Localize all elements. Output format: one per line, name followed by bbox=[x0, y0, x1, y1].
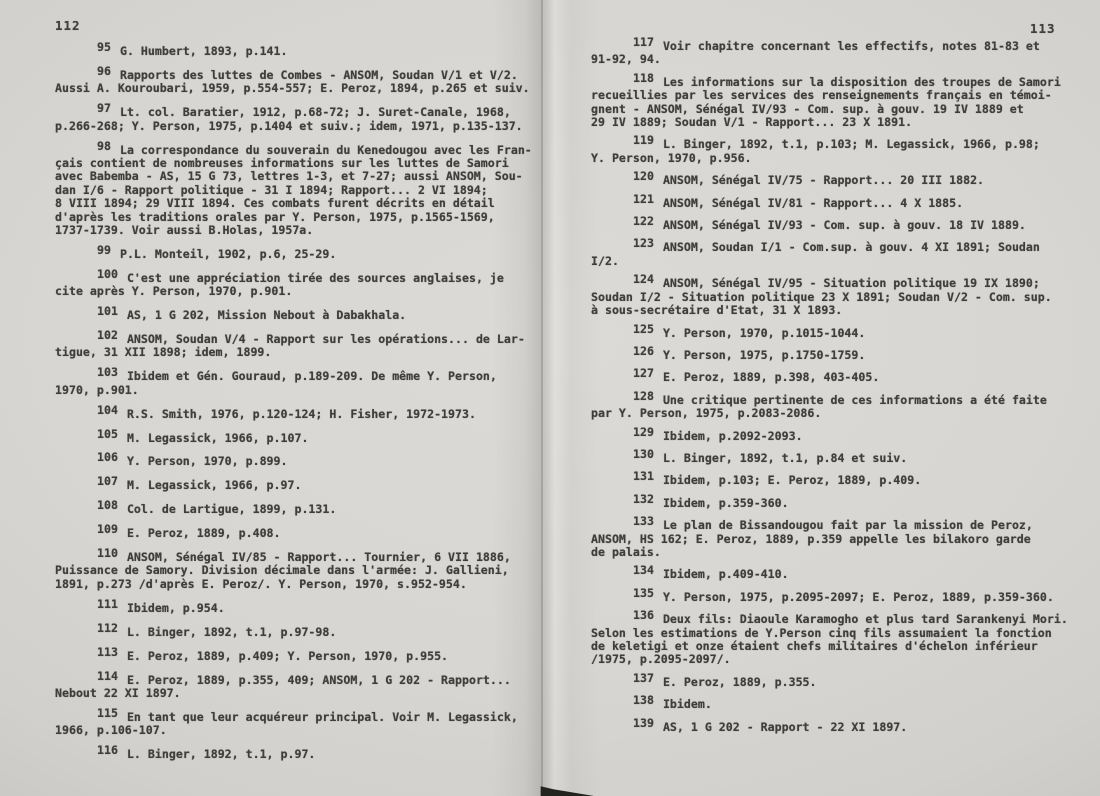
footnote-number: 118 bbox=[633, 71, 654, 85]
footnote-number: 139 bbox=[633, 716, 654, 730]
footnote-110: 110ANSOM, Sénégal IV/85 - Rapport... Tou… bbox=[55, 551, 537, 591]
footnote-number: 137 bbox=[633, 671, 654, 685]
footnote-number: 122 bbox=[633, 214, 654, 228]
footnote-text: Ibidem et Gén. Gouraud, p.189-209. De mê… bbox=[55, 369, 497, 396]
footnote-number: 130 bbox=[633, 447, 654, 461]
footnote-number: 106 bbox=[97, 450, 118, 464]
footnote-text: Lt. col. Baratier, 1912, p.68-72; J. Sur… bbox=[55, 105, 523, 132]
footnote-text: ANSOM, Sénégal IV/95 - Situation politiq… bbox=[591, 276, 1052, 317]
footnote-134: 134Ibidem, p.409-410. bbox=[591, 568, 1073, 581]
footnote-text: L. Binger, 1892, t.1, p.84 et suiv. bbox=[663, 451, 907, 465]
footnote-number: 115 bbox=[97, 706, 118, 720]
footnote-text: Y. Person, 1975, p.1750-1759. bbox=[663, 348, 865, 362]
book-spread: 112 95G. Humbert, 1893, p.141.96Rapports… bbox=[0, 0, 1100, 796]
footnote-text: L. Binger, 1892, t.1, p.97-98. bbox=[127, 625, 336, 639]
page-left: 112 95G. Humbert, 1893, p.141.96Rapports… bbox=[0, 0, 540, 796]
footnote-number: 104 bbox=[97, 403, 118, 417]
footnote-139: 139AS, 1 G 202 - Rapport - 22 XI 1897. bbox=[591, 721, 1073, 734]
footnote-118: 118Les informations sur la disposition d… bbox=[591, 76, 1073, 130]
footnote-text: Y. Person, 1970, p.899. bbox=[127, 454, 288, 468]
footnote-135: 135Y. Person, 1975, p.2095-2097; E. Pero… bbox=[591, 591, 1073, 604]
footnote-text: P.L. Monteil, 1902, p.6, 25-29. bbox=[120, 247, 336, 261]
footnote-number: 107 bbox=[97, 474, 118, 488]
footnote-text: E. Peroz, 1889, p.408. bbox=[127, 526, 281, 540]
page-right: 113 117Voir chapitre concernant les effe… bbox=[560, 0, 1100, 796]
footnote-text: L. Binger, 1892, t.1, p.97. bbox=[127, 747, 315, 761]
footnote-121: 121ANSOM, Sénégal IV/81 - Rapport... 4 X… bbox=[591, 197, 1073, 210]
footnote-text: Deux fils: Diaoule Karamogho et plus tar… bbox=[591, 612, 1068, 666]
footnote-95: 95G. Humbert, 1893, p.141. bbox=[55, 45, 537, 58]
footnote-116: 116L. Binger, 1892, t.1, p.97. bbox=[55, 748, 537, 761]
footnote-number: 100 bbox=[97, 267, 118, 281]
footnote-number: 123 bbox=[633, 236, 654, 250]
footnote-number: 138 bbox=[633, 693, 654, 707]
footnote-number: 135 bbox=[633, 586, 654, 600]
footnote-128: 128Une critique pertinente de ces inform… bbox=[591, 394, 1073, 421]
footnote-number: 110 bbox=[97, 546, 118, 560]
footnote-text: ANSOM, Sénégal IV/75 - Rapport... 20 III… bbox=[663, 173, 984, 187]
footnote-130: 130L. Binger, 1892, t.1, p.84 et suiv. bbox=[591, 452, 1073, 465]
footnote-number: 102 bbox=[97, 328, 118, 342]
footnote-number: 124 bbox=[633, 272, 654, 286]
footnote-99: 99P.L. Monteil, 1902, p.6, 25-29. bbox=[55, 248, 537, 261]
footnote-text: ANSOM, Soudan I/1 - Com.sup. à gouv. 4 X… bbox=[591, 240, 1040, 267]
footnote-text: Ibidem, p.2092-2093. bbox=[663, 429, 803, 443]
footnote-number: 126 bbox=[633, 344, 654, 358]
footnote-text: La correspondance du souverain du Kenedo… bbox=[55, 143, 532, 237]
footnote-text: Rapports des luttes de Combes - ANSOM, S… bbox=[55, 68, 530, 95]
footnote-text: Le plan de Bissandougou fait par la miss… bbox=[591, 518, 1033, 559]
footnote-97: 97Lt. col. Baratier, 1912, p.68-72; J. S… bbox=[55, 106, 537, 133]
footnote-number: 116 bbox=[97, 743, 118, 757]
footnote-120: 120ANSOM, Sénégal IV/75 - Rapport... 20 … bbox=[591, 174, 1073, 187]
footnote-127: 127E. Peroz, 1889, p.398, 403-405. bbox=[591, 371, 1073, 384]
footnote-104: 104R.S. Smith, 1976, p.120-124; H. Fishe… bbox=[55, 408, 537, 421]
footnote-text: Ibidem. bbox=[663, 697, 712, 711]
footnote-text: M. Legassick, 1966, p.97. bbox=[127, 478, 302, 492]
footnote-131: 131Ibidem, p.103; E. Peroz, 1889, p.409. bbox=[591, 474, 1073, 487]
footnote-text: C'est une appréciation tirée des sources… bbox=[55, 271, 504, 298]
footnote-number: 134 bbox=[633, 563, 654, 577]
footnote-text: Col. de Lartigue, 1899, p.131. bbox=[127, 502, 336, 516]
footnote-number: 119 bbox=[633, 133, 654, 147]
footnote-115: 115En tant que leur acquéreur principal.… bbox=[55, 711, 537, 738]
footnote-number: 136 bbox=[633, 608, 654, 622]
footnote-100: 100C'est une appréciation tirée des sour… bbox=[55, 272, 537, 299]
footnote-number: 132 bbox=[633, 492, 654, 506]
footnote-106: 106Y. Person, 1970, p.899. bbox=[55, 455, 537, 468]
footnote-text: AS, 1 G 202 - Rapport - 22 XI 1897. bbox=[663, 720, 907, 734]
footnote-number: 95 bbox=[97, 40, 111, 54]
footnotes-column-left: 95G. Humbert, 1893, p.141.96Rapports des… bbox=[55, 45, 537, 772]
footnote-text: Voir chapitre concernant les effectifs, … bbox=[591, 39, 1040, 66]
footnote-number: 112 bbox=[97, 621, 118, 635]
footnote-text: Ibidem, p.103; E. Peroz, 1889, p.409. bbox=[663, 473, 921, 487]
footnote-101: 101AS, 1 G 202, Mission Nebout à Dabakha… bbox=[55, 309, 537, 322]
footnote-text: Y. Person, 1975, p.2095-2097; E. Peroz, … bbox=[663, 590, 1054, 604]
footnote-96: 96Rapports des luttes de Combes - ANSOM,… bbox=[55, 69, 537, 96]
footnote-text: AS, 1 G 202, Mission Nebout à Dabakhala. bbox=[127, 308, 406, 322]
footnote-text: Y. Person, 1970, p.1015-1044. bbox=[663, 326, 865, 340]
footnote-107: 107M. Legassick, 1966, p.97. bbox=[55, 479, 537, 492]
footnote-number: 129 bbox=[633, 425, 654, 439]
footnote-number: 133 bbox=[633, 514, 654, 528]
footnote-text: Ibidem, p.954. bbox=[127, 601, 225, 615]
footnote-number: 97 bbox=[97, 101, 111, 115]
footnote-text: M. Legassick, 1966, p.107. bbox=[127, 431, 308, 445]
footnote-number: 96 bbox=[97, 64, 111, 78]
footnote-108: 108Col. de Lartigue, 1899, p.131. bbox=[55, 503, 537, 516]
footnote-126: 126Y. Person, 1975, p.1750-1759. bbox=[591, 349, 1073, 362]
footnote-133: 133Le plan de Bissandougou fait par la m… bbox=[591, 519, 1073, 559]
footnote-number: 103 bbox=[97, 365, 118, 379]
footnote-number: 98 bbox=[97, 139, 111, 153]
footnote-number: 120 bbox=[633, 169, 654, 183]
footnote-text: ANSOM, Sénégal IV/93 - Com. sup. à gouv.… bbox=[663, 218, 1026, 232]
footnote-number: 125 bbox=[633, 322, 654, 336]
footnote-123: 123ANSOM, Soudan I/1 - Com.sup. à gouv. … bbox=[591, 241, 1073, 268]
footnote-117: 117Voir chapitre concernant les effectif… bbox=[591, 40, 1073, 67]
footnote-text: ANSOM, Sénégal IV/81 - Rapport... 4 X 18… bbox=[663, 196, 963, 210]
footnote-102: 102ANSOM, Soudan V/4 - Rapport sur les o… bbox=[55, 333, 537, 360]
footnote-text: ANSOM, Sénégal IV/85 - Rapport... Tourni… bbox=[55, 550, 511, 591]
footnotes-column-right: 117Voir chapitre concernant les effectif… bbox=[591, 40, 1073, 743]
footnote-105: 105M. Legassick, 1966, p.107. bbox=[55, 432, 537, 445]
footnote-111: 111Ibidem, p.954. bbox=[55, 602, 537, 615]
footnote-number: 114 bbox=[97, 669, 118, 683]
footnote-124: 124ANSOM, Sénégal IV/95 - Situation poli… bbox=[591, 277, 1073, 317]
footnote-text: E. Peroz, 1889, p.398, 403-405. bbox=[663, 370, 879, 384]
footnote-text: E. Peroz, 1889, p.355. bbox=[663, 675, 817, 689]
footnote-text: Les informations sur la disposition des … bbox=[591, 75, 1061, 129]
footnote-number: 109 bbox=[97, 522, 118, 536]
footnote-number: 131 bbox=[633, 469, 654, 483]
gutter-crease-line bbox=[541, 0, 543, 796]
footnote-103: 103Ibidem et Gén. Gouraud, p.189-209. De… bbox=[55, 370, 537, 397]
footnote-number: 128 bbox=[633, 389, 654, 403]
footnote-text: E. Peroz, 1889, p.355, 409; ANSOM, 1 G 2… bbox=[55, 673, 511, 700]
footnote-138: 138Ibidem. bbox=[591, 698, 1073, 711]
footnote-text: Ibidem, p.359-360. bbox=[663, 496, 789, 510]
footnote-text: E. Peroz, 1889, p.409; Y. Person, 1970, … bbox=[127, 649, 448, 663]
footnote-number: 99 bbox=[97, 243, 111, 257]
footnote-109: 109E. Peroz, 1889, p.408. bbox=[55, 527, 537, 540]
footnote-129: 129Ibidem, p.2092-2093. bbox=[591, 430, 1073, 443]
footnote-125: 125Y. Person, 1970, p.1015-1044. bbox=[591, 327, 1073, 340]
footnote-number: 121 bbox=[633, 192, 654, 206]
footnote-text: ANSOM, Soudan V/4 - Rapport sur les opér… bbox=[55, 332, 525, 359]
footnote-112: 112L. Binger, 1892, t.1, p.97-98. bbox=[55, 626, 537, 639]
footnote-119: 119L. Binger, 1892, t.1, p.103; M. Legas… bbox=[591, 138, 1073, 165]
footnote-137: 137E. Peroz, 1889, p.355. bbox=[591, 676, 1073, 689]
footnote-number: 108 bbox=[97, 498, 118, 512]
page-number-right: 113 bbox=[1030, 21, 1056, 36]
page-number-left: 112 bbox=[55, 18, 81, 33]
footnote-113: 113E. Peroz, 1889, p.409; Y. Person, 197… bbox=[55, 650, 537, 663]
footnote-number: 127 bbox=[633, 366, 654, 380]
footnote-text: G. Humbert, 1893, p.141. bbox=[120, 44, 288, 58]
footnote-136: 136Deux fils: Diaoule Karamogho et plus … bbox=[591, 613, 1073, 667]
footnote-98: 98La correspondance du souverain du Kene… bbox=[55, 144, 537, 238]
footnote-number: 101 bbox=[97, 304, 118, 318]
footnote-text: R.S. Smith, 1976, p.120-124; H. Fisher, … bbox=[127, 407, 476, 421]
footnote-132: 132Ibidem, p.359-360. bbox=[591, 497, 1073, 510]
footnote-text: L. Binger, 1892, t.1, p.103; M. Legassic… bbox=[591, 137, 1040, 164]
footnote-number: 105 bbox=[97, 427, 118, 441]
footnote-text: En tant que leur acquéreur principal. Vo… bbox=[55, 710, 518, 737]
footnote-number: 117 bbox=[633, 35, 654, 49]
footnote-number: 113 bbox=[97, 645, 118, 659]
footnote-114: 114E. Peroz, 1889, p.355, 409; ANSOM, 1 … bbox=[55, 674, 537, 701]
footnote-122: 122ANSOM, Sénégal IV/93 - Com. sup. à go… bbox=[591, 219, 1073, 232]
footnote-number: 111 bbox=[97, 597, 118, 611]
footnote-text: Une critique pertinente de ces informati… bbox=[591, 393, 1047, 420]
footnote-text: Ibidem, p.409-410. bbox=[663, 567, 789, 581]
